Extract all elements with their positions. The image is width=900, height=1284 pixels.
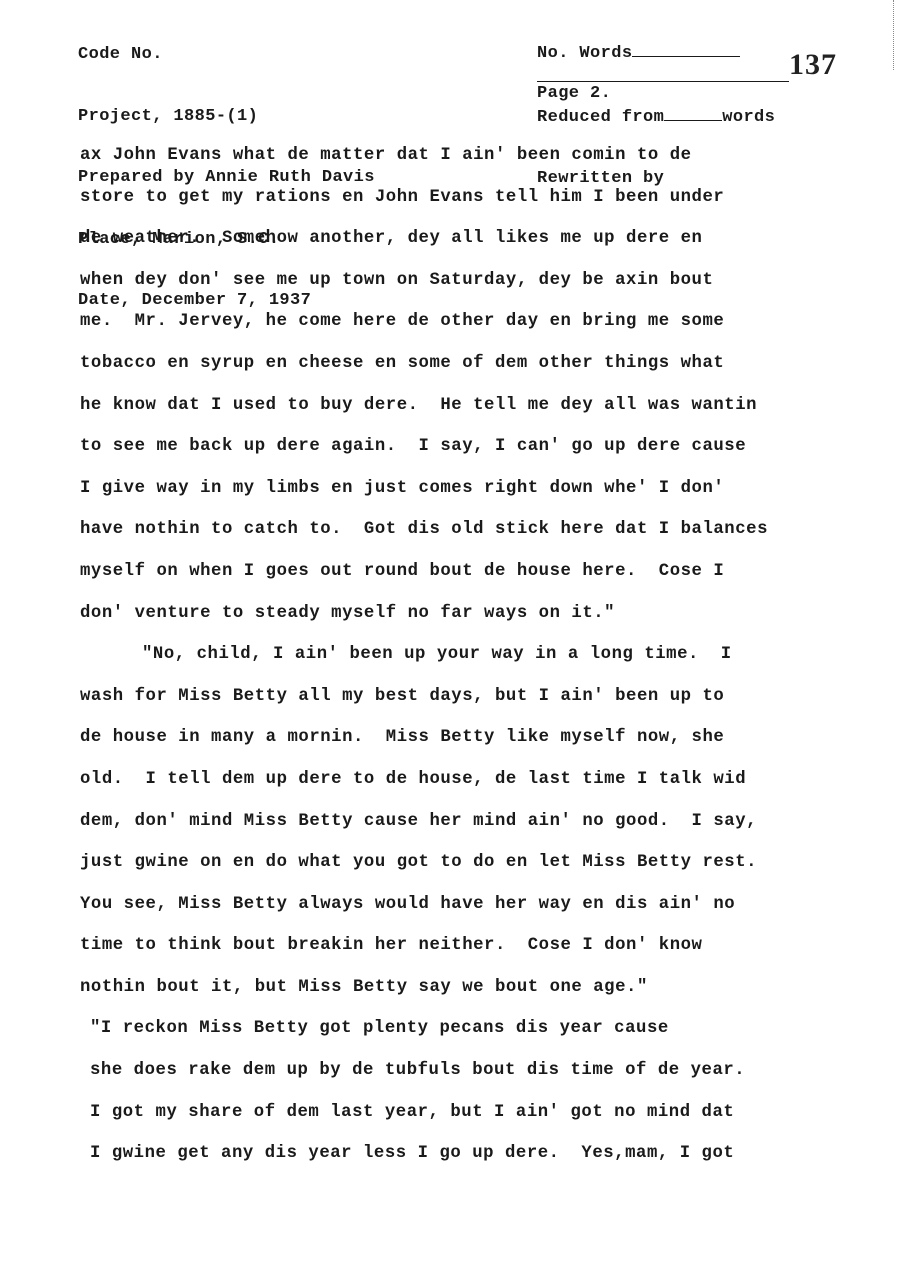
text-line: You see, Miss Betty always would have he… [80,892,870,934]
reduced-from-blank [664,106,722,121]
text-line: wash for Miss Betty all my best days, bu… [80,684,870,726]
text-line: tobacco en syrup en cheese en some of de… [80,351,870,393]
text-line: time to think bout breakin her neither. … [80,933,870,975]
text-line: I give way in my limbs en just comes rig… [80,476,870,518]
text-line: me. Mr. Jervey, he come here de other da… [80,309,870,351]
text-line: I got my share of dem last year, but I a… [80,1100,870,1142]
page-number-label: Page 2. [537,84,611,104]
stamped-page-number: 137 [789,48,837,82]
no-words-label: No. Words [537,44,632,63]
text-line: store to get my rations en John Evans te… [80,185,870,227]
paragraph-start-line: "I reckon Miss Betty got plenty pecans d… [80,1016,870,1058]
text-line: nothin bout it, but Miss Betty say we bo… [80,975,870,1017]
text-line: to see me back up dere again. I say, I c… [80,434,870,476]
page-edge-mark [893,0,894,70]
text-line: de house in many a mornin. Miss Betty li… [80,725,870,767]
no-words-field: No. Words [537,42,775,65]
reduced-words-suffix: words [722,108,775,127]
text-line: when dey don' see me up town on Saturday… [80,268,870,310]
text-line: ax John Evans what de matter dat I ain' … [80,143,870,185]
no-words-blank [632,42,740,57]
reduced-from-field: Reduced fromwords [537,106,775,129]
text-line: de weather. Somehow another, dey all lik… [80,226,870,268]
text-line: old. I tell dem up dere to de house, de … [80,767,870,809]
text-line: myself on when I goes out round bout de … [80,559,870,601]
rewritten-by-underline [537,81,789,82]
interview-transcript: ax John Evans what de matter dat I ain' … [80,143,870,1183]
text-line: I gwine get any dis year less I go up de… [80,1141,870,1183]
project-number: Project, 1885-(1) [78,107,375,128]
text-line: just gwine on en do what you got to do e… [80,850,870,892]
paragraph-start-line: "No, child, I ain' been up your way in a… [80,642,870,684]
text-line: have nothin to catch to. Got dis old sti… [80,517,870,559]
text-line: she does rake dem up by de tubfuls bout … [80,1058,870,1100]
typewritten-page: Code No. Project, 1885-(1) Prepared by A… [0,0,900,1284]
reduced-from-label: Reduced from [537,108,664,127]
text-line: dem, don' mind Miss Betty cause her mind… [80,809,870,851]
text-line: he know dat I used to buy dere. He tell … [80,393,870,435]
code-no: Code No. [78,45,375,66]
text-line: don' venture to steady myself no far way… [80,601,870,643]
